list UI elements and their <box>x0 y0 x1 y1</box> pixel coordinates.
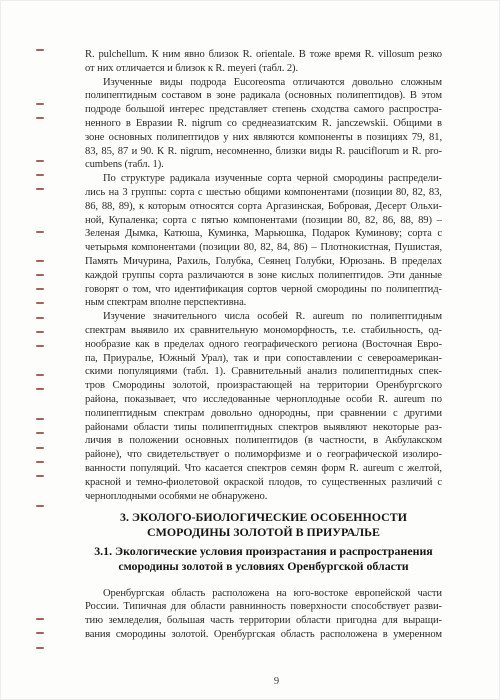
scan-artifact-mark <box>36 288 44 290</box>
scan-artifact-mark <box>36 160 44 162</box>
text-line: района,показывает,чтоисследованныечерноп… <box>85 393 442 407</box>
text-line: каждойгруппысортаразличаютсявзонекислыхп… <box>85 269 442 283</box>
scan-artifact-mark <box>36 345 44 347</box>
scan-artifact-mark <box>36 117 44 119</box>
scan-artifact-mark <box>36 331 44 333</box>
text-line: полипептиднымспектрамдовольнооднородны,п… <box>85 407 442 421</box>
subheading: 3.1. Экологические условия произрастания… <box>85 544 442 573</box>
scan-artifact-mark <box>36 475 44 477</box>
text-line: ненноговЕвразииR.nigrumсосреднеазиатским… <box>85 117 442 131</box>
text-line: Оренбургскаяобластьрасположенанаюго-вост… <box>85 587 442 601</box>
scan-artifact-mark <box>36 388 44 390</box>
text-line: ПамятьМичурина,Рахиль,Голубка,СеянецГолу… <box>85 255 442 269</box>
text-line: нообразиекаквпределаходногогеографическо… <box>85 338 442 352</box>
text-line: Поструктурерадикалаизученныесортачернойс… <box>85 172 442 186</box>
scan-artifact-mark <box>36 260 44 262</box>
text-line: России.Типичнаядляобластиравнинностьпове… <box>85 600 442 614</box>
text-line: говорятотом,чтоидентификациясортовчерной… <box>85 283 442 297</box>
scan-artifact-mark <box>36 49 44 51</box>
scan-artifact-mark <box>36 418 44 420</box>
scan-artifact-mark <box>36 618 44 620</box>
text-line: ИзучениезначительногочислаособейR.aureum… <box>85 310 442 324</box>
paragraph: Поструктурерадикалаизученныесортачернойс… <box>85 172 442 310</box>
text-line: ЗеленаяДымка,Катюша,Куминка,Марьюшка,Под… <box>85 227 442 241</box>
scan-artifact-mark <box>36 432 44 434</box>
text-line: скимипопуляциями(табл.1).Сравнительныйан… <box>85 365 442 379</box>
scan-artifact-mark <box>36 374 44 376</box>
scan-artifact-mark <box>36 505 44 507</box>
text-line: ванностипопуляций.Чтокасаетсяспектровсем… <box>85 462 442 476</box>
scan-artifact-mark <box>36 274 44 276</box>
text-line: па,Приуралье,ЮжныйУрал),такиприсопоставл… <box>85 352 442 366</box>
scanned-book-page: R.pulchellum.КнимявноблизокR.orientale.В… <box>0 0 500 700</box>
text-line: от них отличается и близок к R. meyeri (… <box>85 62 442 76</box>
scan-artifact-mark <box>36 188 44 190</box>
text-line: спектрамвыявилоихсравнительнуюмономорфно… <box>85 324 442 338</box>
text-line: 3. ЭКОЛОГО-БИОЛОГИЧЕСКИЕ ОСОБЕННОСТИ <box>85 510 442 525</box>
text-line: cumbens (табл. 1). <box>85 158 442 172</box>
text-line: 83,85,87и90.КR.nigrum,несомненно,близкив… <box>85 145 442 159</box>
scan-artifact-mark <box>36 647 44 649</box>
text-line: подродебольшойинтереспредставляетстепень… <box>85 103 442 117</box>
text-line: лисьна3группы:сортасшестьюобщимикомпонен… <box>85 186 442 200</box>
text-line: R.pulchellum.КнимявноблизокR.orientale.В… <box>85 48 442 62</box>
scan-artifact-mark <box>36 103 44 105</box>
text-line: тиюземледелия,большаячастьтерриторииобла… <box>85 614 442 628</box>
page-number: 9 <box>85 676 442 687</box>
scan-artifact-mark <box>36 447 44 449</box>
paragraph: R.pulchellum.КнимявноблизокR.orientale.В… <box>85 48 442 76</box>
text-line: личиявположенииосновныхполипептидов(вчас… <box>85 434 442 448</box>
text-line: ной,Купаленка;сортаспятьюкомпонентами(по… <box>85 214 442 228</box>
paragraph: Оренбургскаяобластьрасположенанаюго-вост… <box>85 587 442 642</box>
text-line: 3.1. Экологические условия произрастания… <box>85 544 442 559</box>
scan-artifact-mark <box>36 231 44 233</box>
text-line: ваниясмородинызолотой.Оренбургскаяобласт… <box>85 628 442 642</box>
text-line: ИзученныевидыподродаEucoreosmaотличаются… <box>85 76 442 90</box>
text-column: R.pulchellum.КнимявноблизокR.orientale.В… <box>85 48 442 642</box>
text-line: краснойитемно-фиолетовойокраскойплодов,т… <box>85 476 442 490</box>
scan-artifact-mark <box>36 302 44 304</box>
scan-artifact-mark <box>36 461 44 463</box>
text-line: 86,88,89),ккоторымотносятсясортаАргазинс… <box>85 200 442 214</box>
text-line: смородины золотой в условиях Оренбургско… <box>85 559 442 574</box>
text-line: зонеосновныхполипептидовунихявляютсякомп… <box>85 131 442 145</box>
paragraph: ИзучениезначительногочислаособейR.aureum… <box>85 310 442 503</box>
scan-artifact-mark <box>36 174 44 176</box>
scan-artifact-mark <box>36 632 44 634</box>
text-line: черноплодными особями не обнаружено. <box>85 490 442 504</box>
text-line: районамиобластитипыполипептидныхспектров… <box>85 421 442 435</box>
text-line: четырьмякомпонентами(позиции80,82,84,86)… <box>85 241 442 255</box>
text-line: тровСмородинызолотой,произрастающейнатер… <box>85 379 442 393</box>
text-line: районе),чтосвидетельствуетополиморфизмеи… <box>85 448 442 462</box>
text-line: СМОРОДИНЫ ЗОЛОТОЙ В ПРИУРАЛЬЕ <box>85 525 442 540</box>
heading: 3. ЭКОЛОГО-БИОЛОГИЧЕСКИЕ ОСОБЕННОСТИСМОР… <box>85 510 442 539</box>
paragraph: ИзученныевидыподродаEucoreosmaотличаются… <box>85 76 442 173</box>
text-line: полипептиднымсоставомвзонерадикала(основ… <box>85 89 442 103</box>
text-line: ным спектрам вполне перспективна. <box>85 296 442 310</box>
scan-artifact-mark <box>36 317 44 319</box>
